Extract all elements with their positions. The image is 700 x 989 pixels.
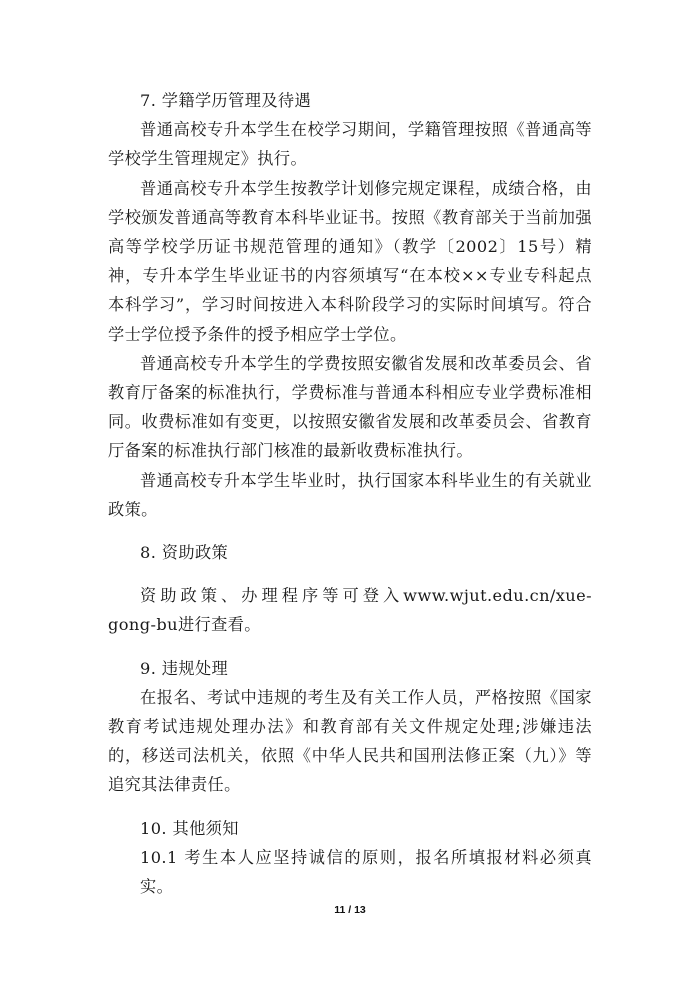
paragraph: 普通高校专升本学生按教学计划修完规定课程，成绩合格，由学校颁发普通高等教育本科毕…	[108, 174, 592, 349]
paragraph: 普通高校专升本学生在校学习期间，学籍管理按照《普通高等学校学生管理规定》执行。	[108, 115, 592, 173]
paragraph: 资助政策、办理程序等可登入www.wjut.edu.cn/xue-gong-bu…	[108, 581, 592, 639]
spacer	[108, 567, 592, 581]
paragraph: 普通高校专升本学生毕业时，执行国家本科毕业生的有关就业政策。	[108, 466, 592, 524]
document-body: 7. 学籍学历管理及待遇 普通高校专升本学生在校学习期间，学籍管理按照《普通高等…	[108, 86, 592, 901]
paragraph: 普通高校专升本学生的学费按照安徽省发展和改革委员会、省教育厅备案的标准执行，学费…	[108, 349, 592, 466]
document-page: 7. 学籍学历管理及待遇 普通高校专升本学生在校学习期间，学籍管理按照《普通高等…	[0, 0, 700, 989]
list-item: 10.1 考生本人应坚持诚信的原则，报名所填报材料必须真实。	[108, 843, 592, 901]
spacer	[108, 800, 592, 814]
section-heading-8: 8. 资助政策	[108, 538, 592, 567]
section-heading-10: 10. 其他须知	[108, 814, 592, 843]
spacer	[108, 524, 592, 538]
page-number: 11 / 13	[0, 904, 700, 916]
section-heading-7: 7. 学籍学历管理及待遇	[108, 86, 592, 115]
spacer	[108, 640, 592, 654]
section-heading-9: 9. 违规处理	[108, 654, 592, 683]
paragraph: 在报名、考试中违规的考生及有关工作人员，严格按照《国家教育考试违规处理办法》和教…	[108, 683, 592, 800]
